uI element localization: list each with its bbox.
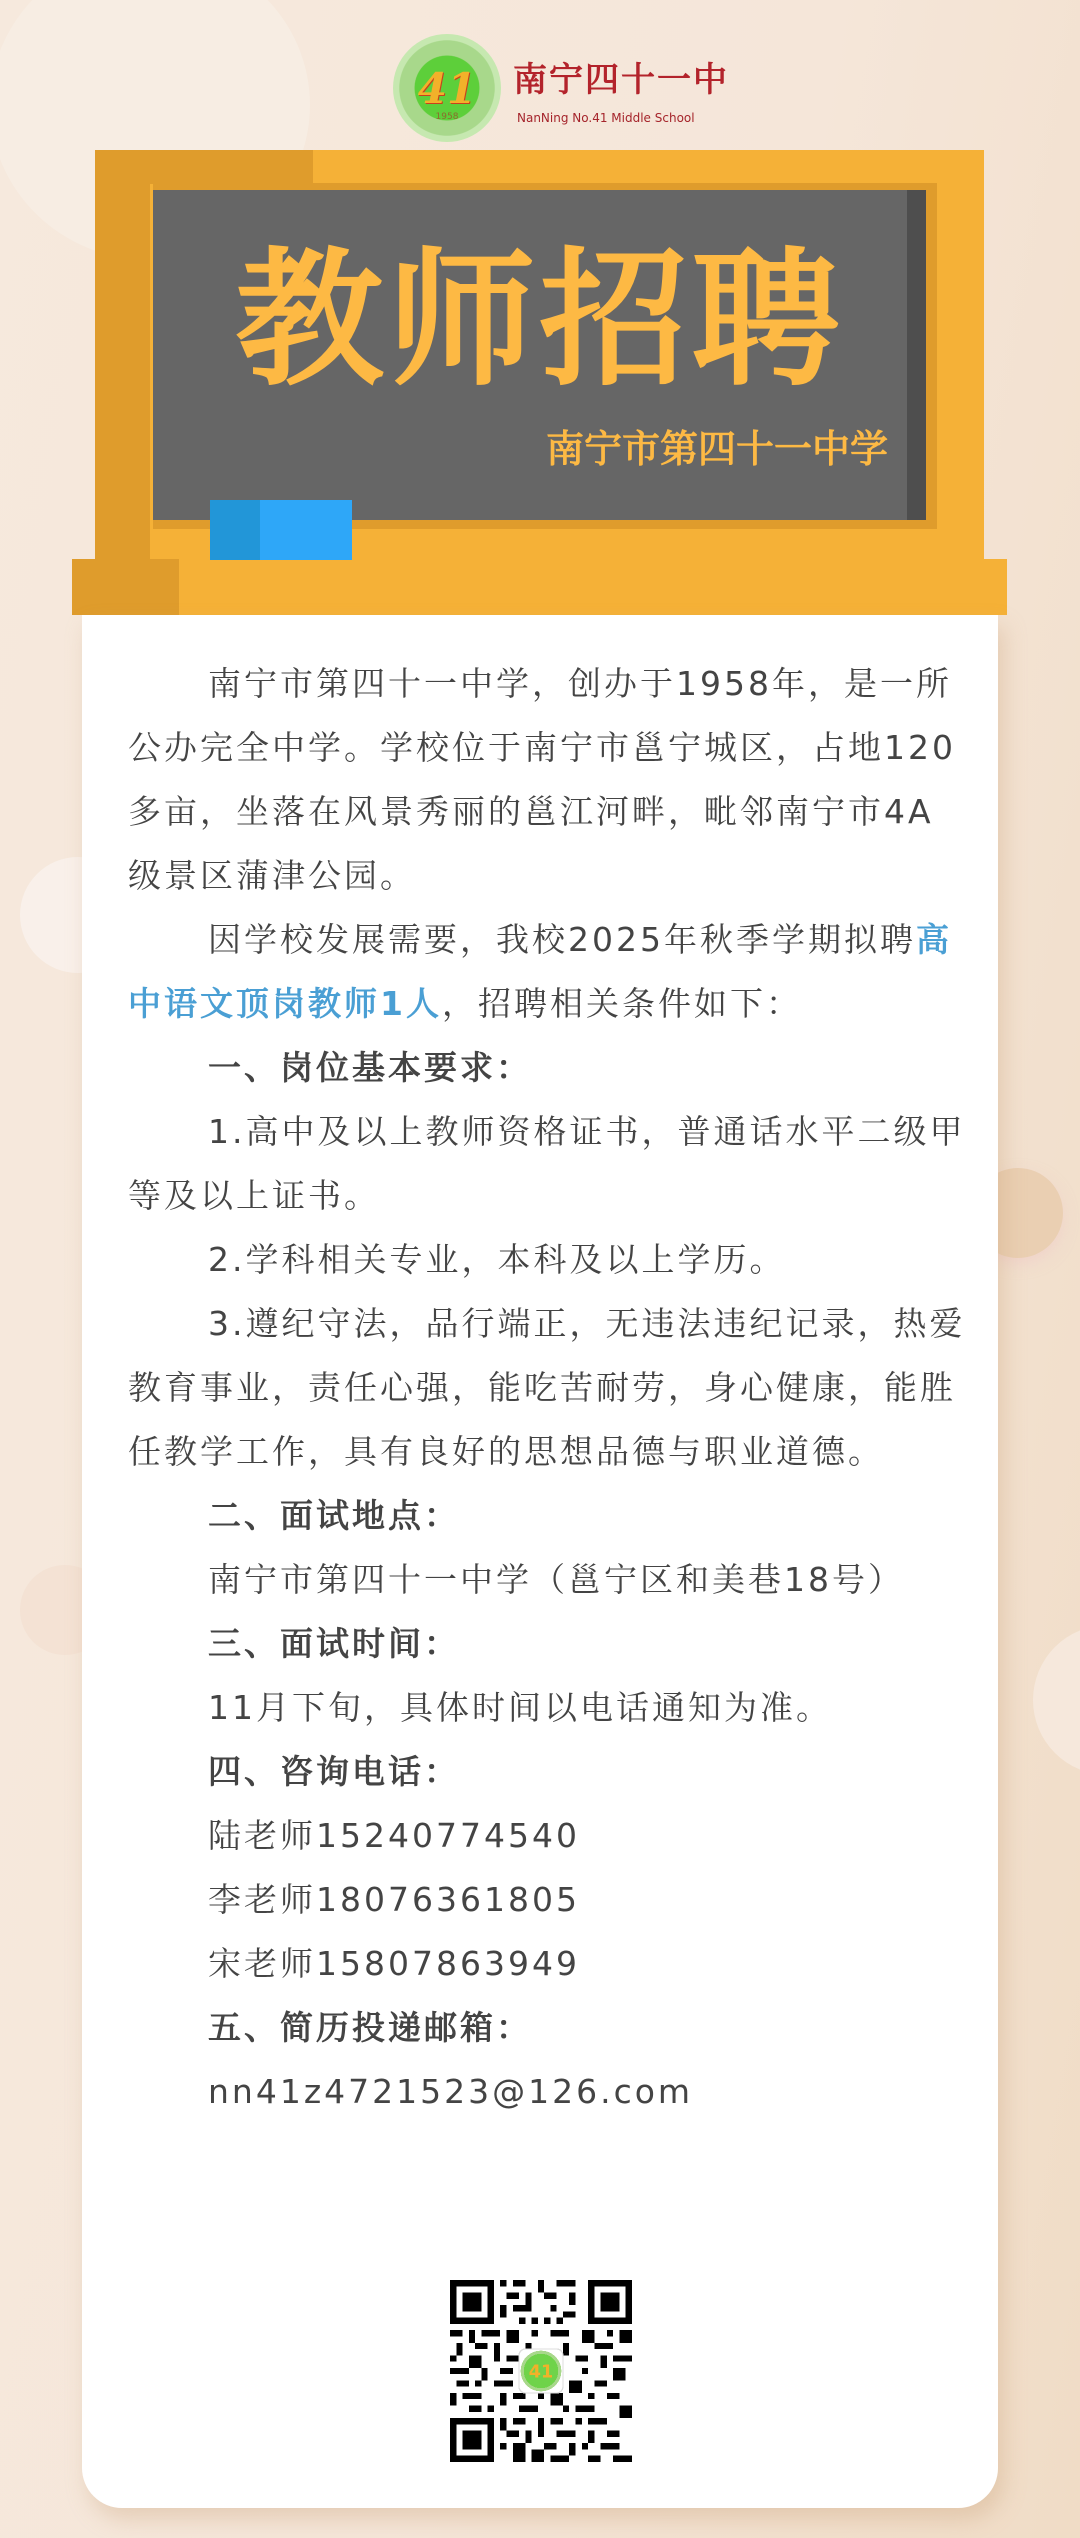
emblem-number: 41 [418, 64, 476, 113]
qr-code-icon[interactable]: 41 [450, 2280, 632, 2462]
intro-paragraph: 南宁市第四十一中学，创办于1958年，是一所公办完全中学。学校位于南宁市邕宁城区… [128, 652, 968, 908]
section-requirements-title: 一、岗位基本要求： [128, 1036, 968, 1100]
contact-phone[interactable]: 李老师18076361805 [128, 1868, 968, 1932]
interview-time: 11月下旬，具体时间以电话通知为准。 [128, 1676, 968, 1740]
blackboard: 教师招聘 南宁市第四十一中学 [153, 190, 926, 520]
requirement-item: 1.高中及以上教师资格证书，普通话水平二级甲等及以上证书。 [128, 1100, 968, 1228]
interview-location: 南宁市第四十一中学（邕宁区和美巷18号） [128, 1548, 968, 1612]
blackboard-ledge [72, 559, 1007, 615]
school-logo: 41 1958 南宁四十一中 NanNing No.41 Middle Scho… [393, 34, 729, 142]
frame-shadow-top [95, 150, 313, 184]
content-card: 南宁市第四十一中学，创办于1958年，是一所公办完全中学。学校位于南宁市邕宁城区… [82, 615, 998, 2508]
recruit-paragraph: 因学校发展需要，我校2025年秋季学期拟聘高中语文顶岗教师1人，招聘相关条件如下… [128, 908, 968, 1036]
recruit-text-suffix: ，招聘相关条件如下： [442, 984, 802, 1023]
ledge-shadow [72, 559, 179, 615]
announcement-body: 南宁市第四十一中学，创办于1958年，是一所公办完全中学。学校位于南宁市邕宁城区… [128, 652, 968, 2124]
eraser-shade [210, 500, 260, 560]
page-title: 教师招聘 [153, 240, 926, 400]
requirement-item: 3.遵纪守法，品行端正，无违法违纪记录，热爱教育事业，责任心强，能吃苦耐劳，身心… [128, 1292, 968, 1484]
requirement-item: 2.学科相关专业，本科及以上学历。 [128, 1228, 968, 1292]
qr-code-graphic: 41 [450, 2280, 632, 2462]
school-name-subtitle: 南宁市第四十一中学 [546, 418, 888, 473]
school-emblem-icon: 41 1958 [393, 34, 501, 142]
section-contact-title: 四、咨询电话： [128, 1740, 968, 1804]
contact-phone[interactable]: 陆老师15240774540 [128, 1804, 968, 1868]
section-time-title: 三、面试时间： [128, 1612, 968, 1676]
emblem-year: 1958 [436, 112, 459, 122]
section-location-title: 二、面试地点： [128, 1484, 968, 1548]
section-email-title: 五、简历投递邮箱： [128, 1996, 968, 2060]
svg-text:41: 41 [529, 2362, 553, 2382]
recruit-text: 因学校发展需要，我校2025年秋季学期拟聘 [208, 920, 916, 959]
decor-circle-right-lower [1033, 1625, 1080, 1775]
frame-shadow-left [95, 150, 150, 562]
contact-phone[interactable]: 宋老师15807863949 [128, 1932, 968, 1996]
eraser-icon [210, 500, 352, 560]
logo-english-name: NanNing No.41 Middle School [517, 111, 729, 125]
resume-email[interactable]: nn41z4721523@126.com [128, 2060, 968, 2124]
logo-chinese-name: 南宁四十一中 [513, 52, 729, 101]
